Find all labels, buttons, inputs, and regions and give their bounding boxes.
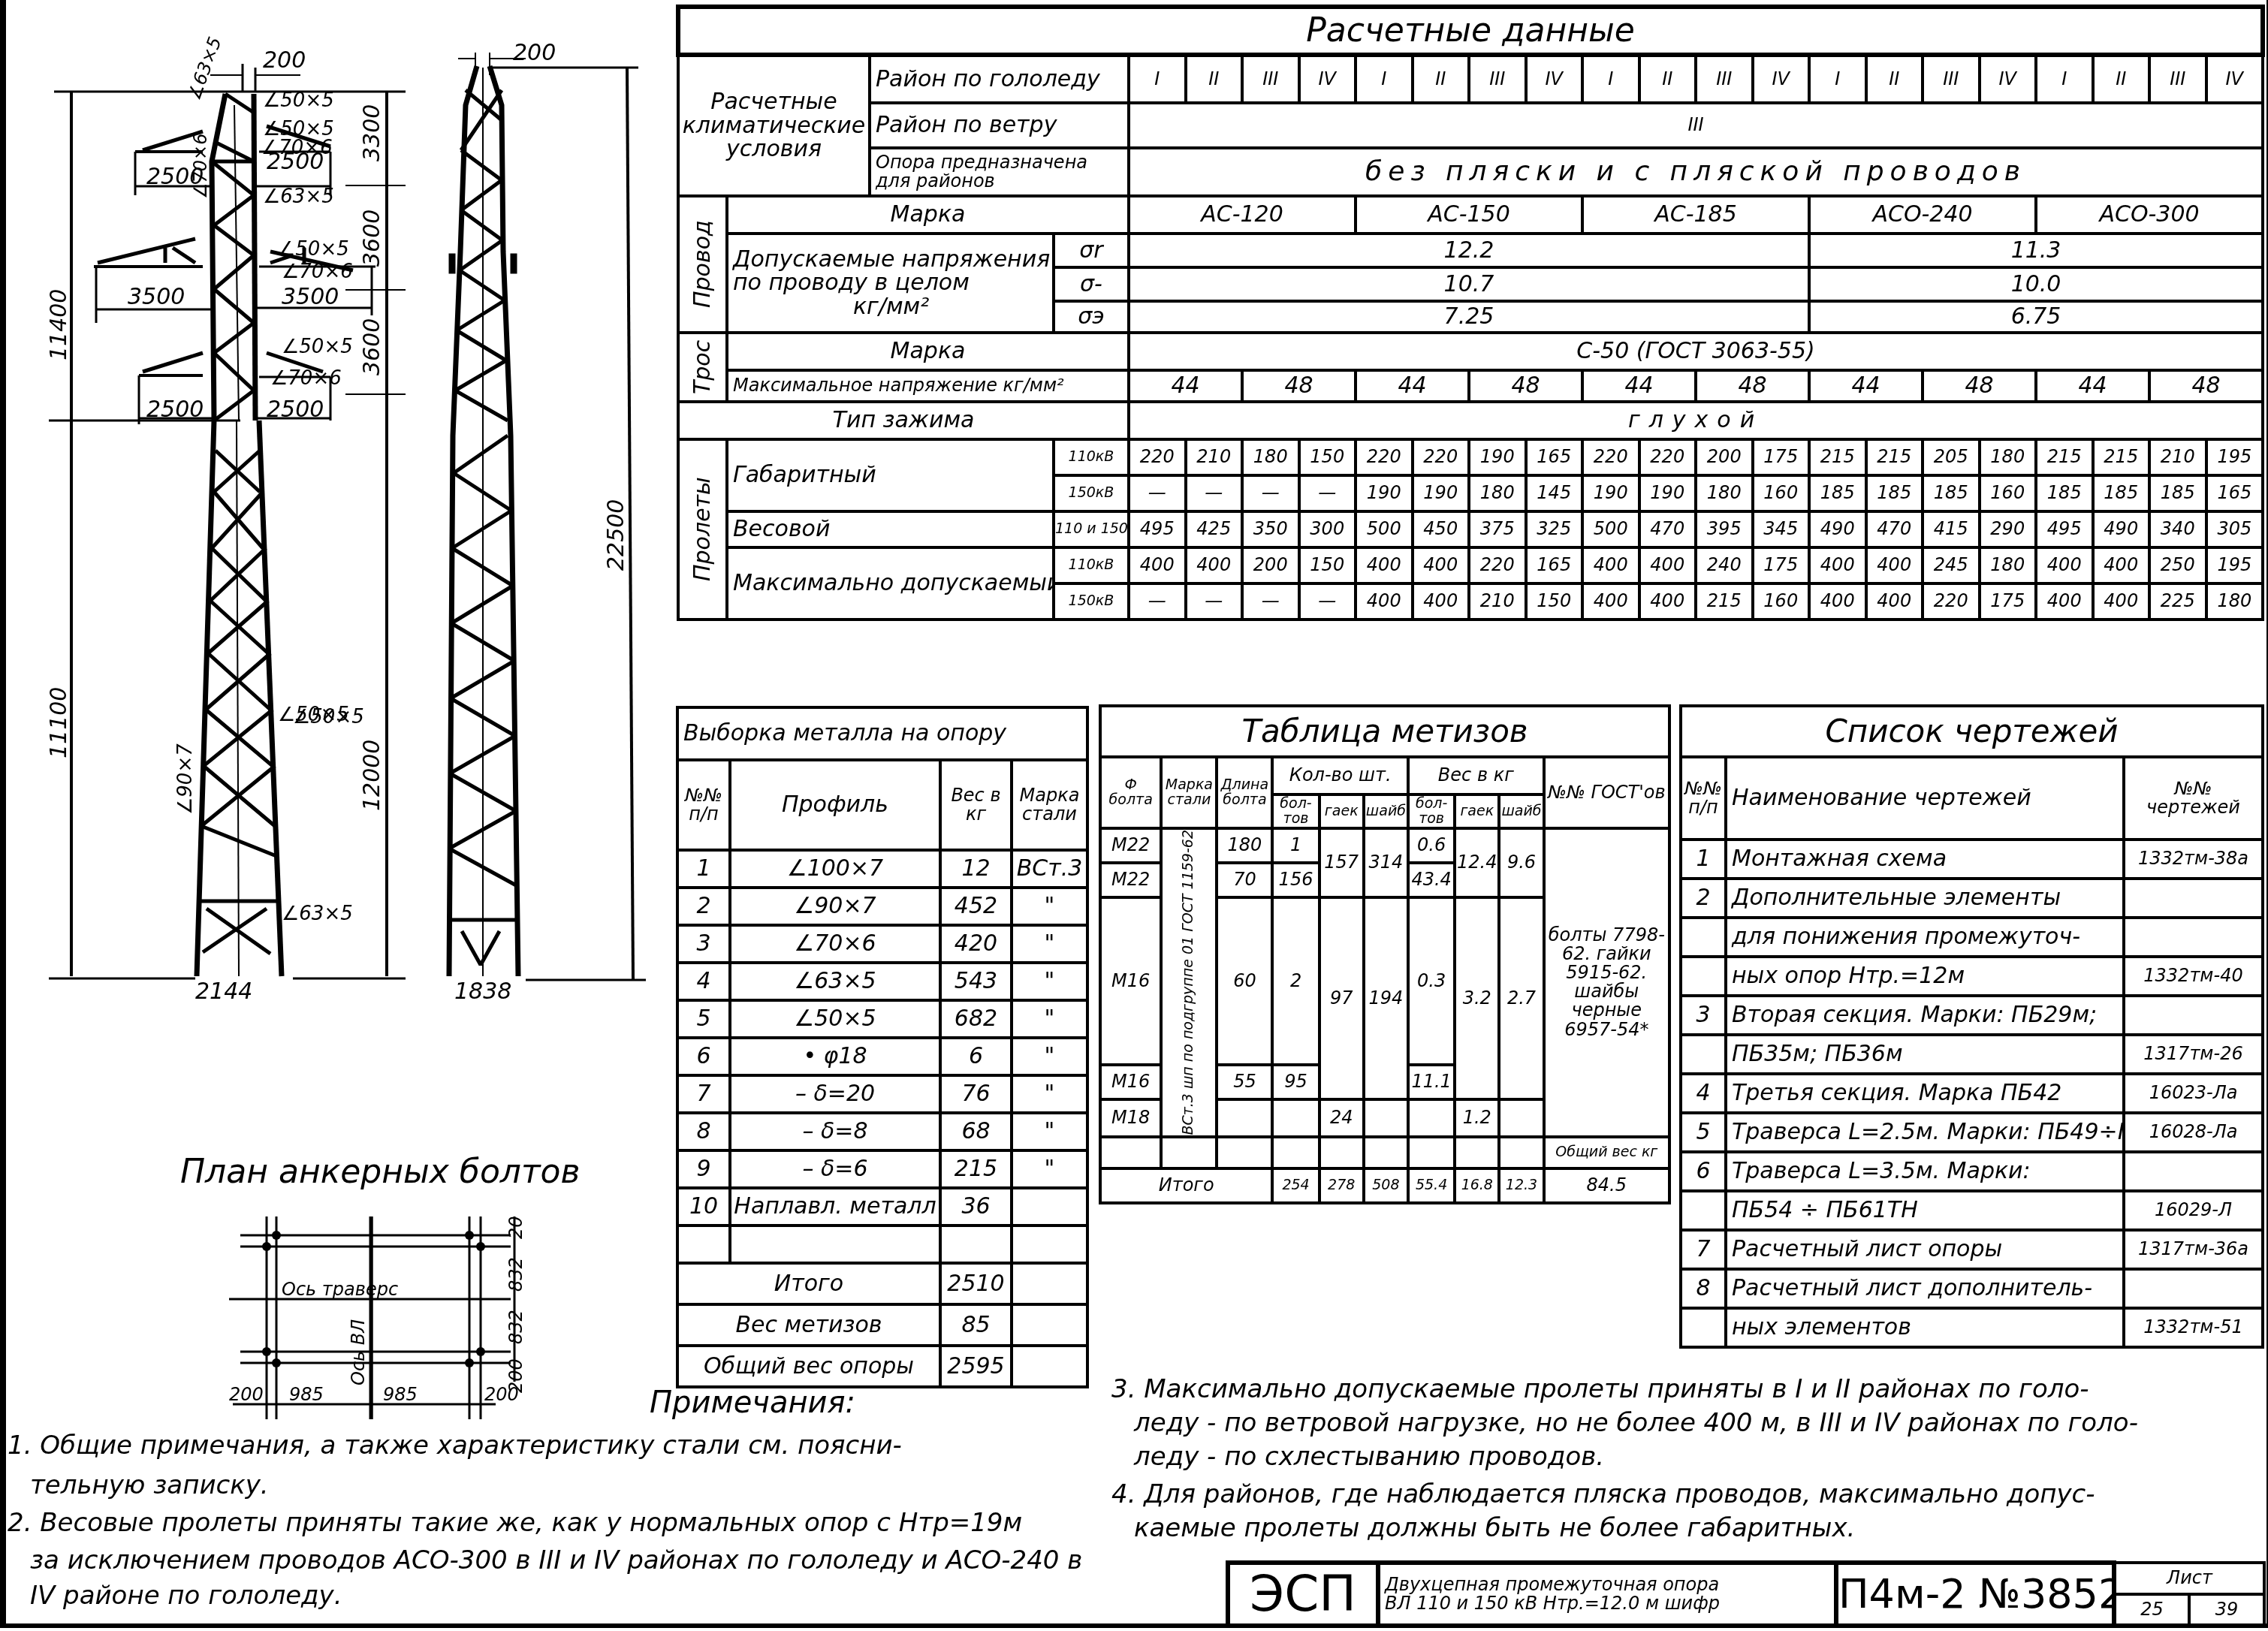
sheet-frame bbox=[0, 0, 2268, 1628]
